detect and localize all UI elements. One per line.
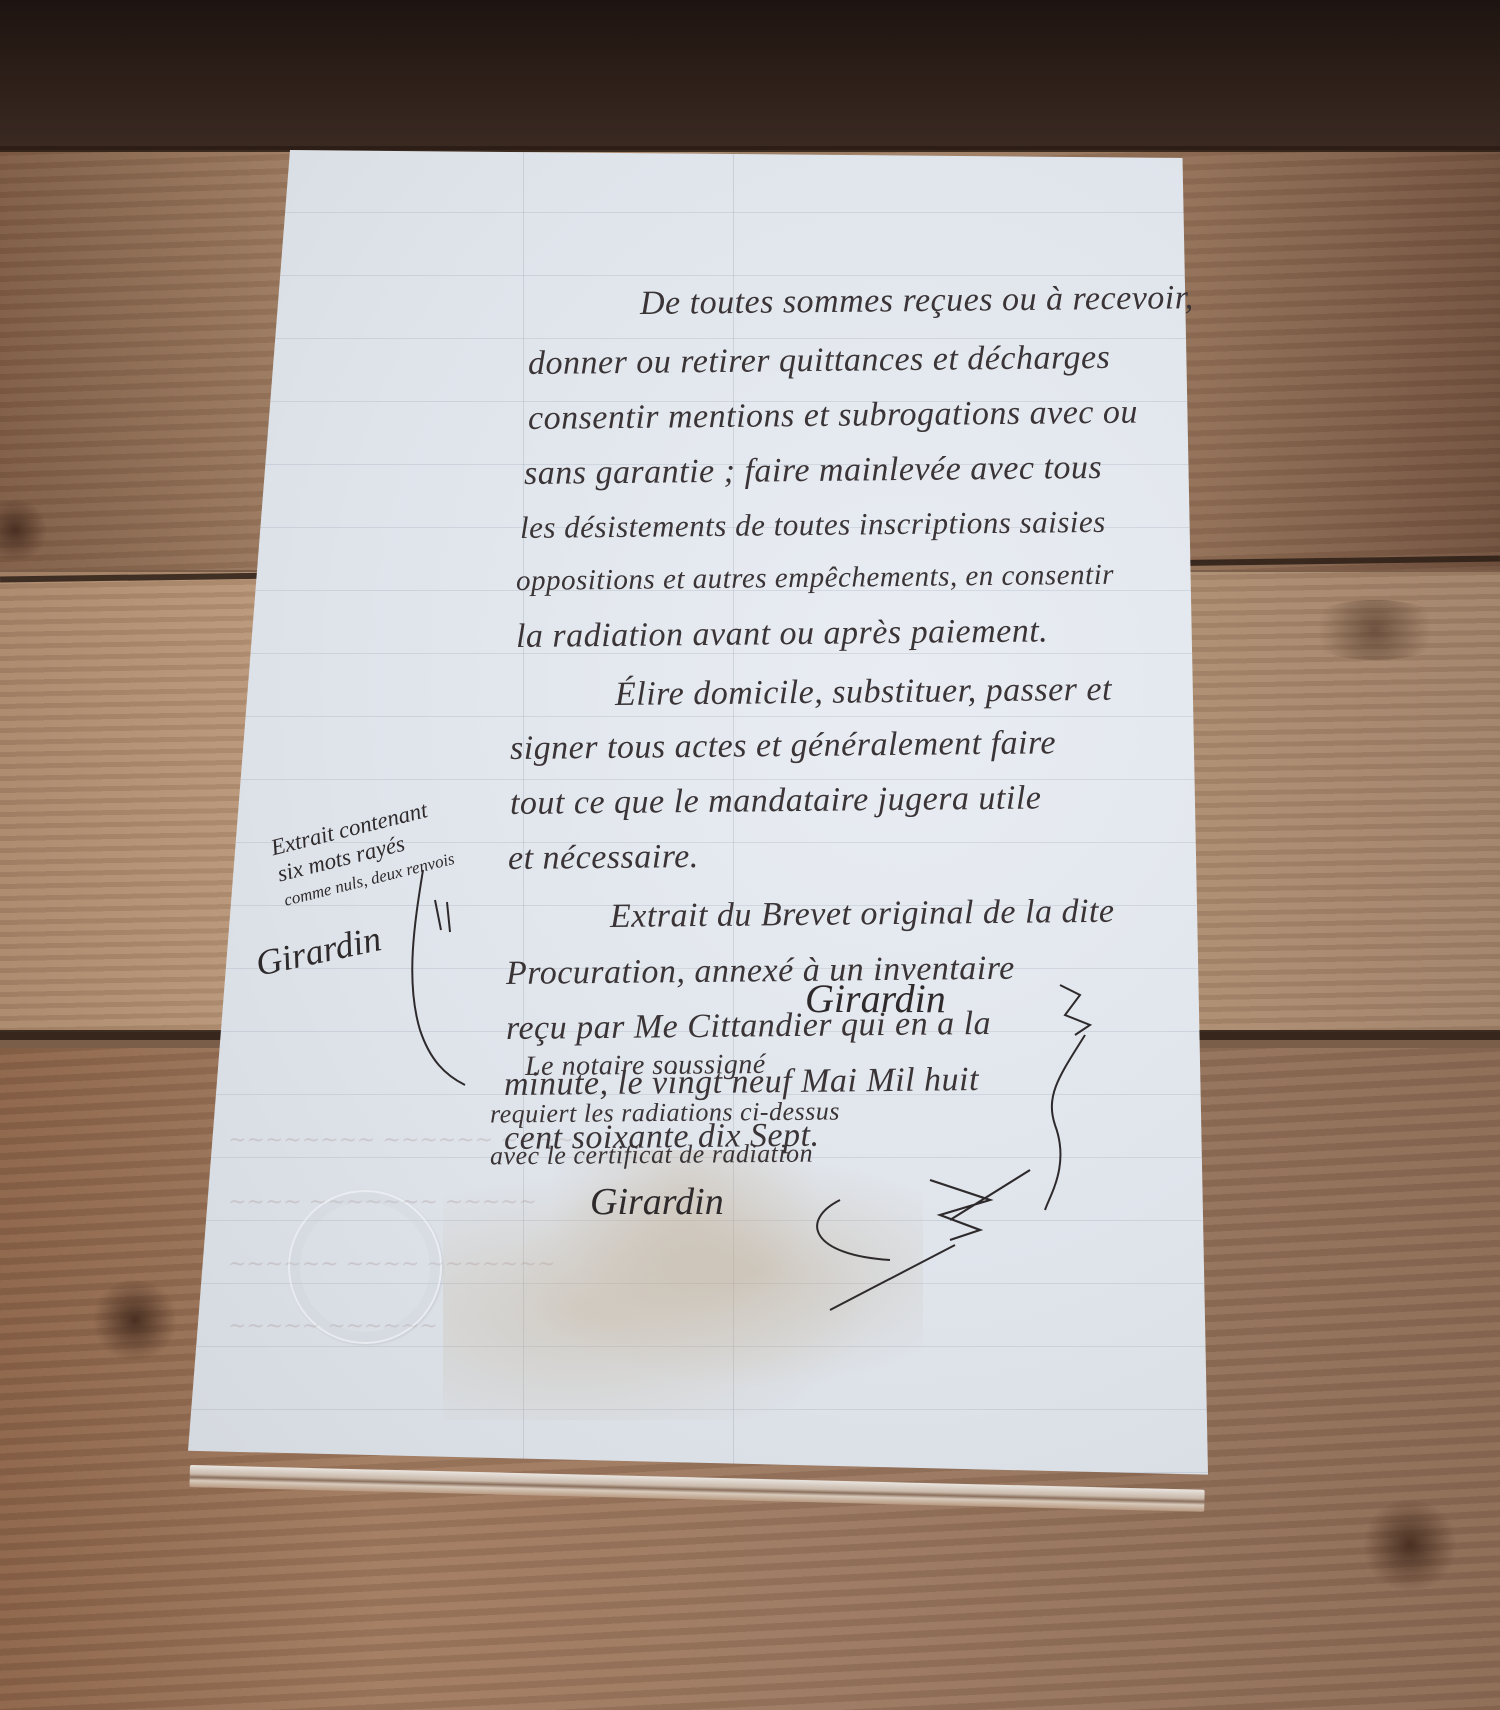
body-line: oppositions et autres empêchements, en c… (516, 559, 1114, 598)
notary-note-line: avec le certificat de radiation (490, 1139, 813, 1172)
notary-note-line: Le notaire soussigné (525, 1049, 766, 1083)
signature-paraph-icon (780, 1160, 1040, 1320)
wood-knot (90, 1280, 180, 1360)
body-line: Extrait du Brevet original de la dite (610, 893, 1115, 936)
notary-note-line: requiert les radiations ci-dessus (490, 1096, 840, 1129)
body-line: De toutes sommes reçues ou à recevoir, (640, 279, 1194, 323)
signature-paraph-icon (1040, 975, 1180, 1215)
plank-seam (0, 146, 1500, 152)
body-line: les désistements de toutes inscriptions … (520, 504, 1106, 546)
body-line: sans garantie ; faire mainlevée avec tou… (524, 449, 1103, 493)
wood-plank-dark-top (0, 0, 1500, 150)
embossed-seal (288, 1190, 442, 1344)
signature-girardin-2: Girardin (590, 1180, 724, 1224)
body-line: donner ou retirer quittances et décharge… (528, 339, 1111, 383)
signature-girardin: Girardin (805, 975, 946, 1022)
wood-knot (1360, 1500, 1460, 1590)
body-line: la radiation avant ou après paiement. (516, 612, 1049, 656)
body-line: et nécessaire. (508, 838, 699, 878)
body-line: tout ce que le mandataire jugera utile (510, 779, 1042, 823)
wood-knot (1300, 600, 1450, 660)
body-line: Élire domicile, substituer, passer et (615, 671, 1112, 714)
body-line: consentir mentions et subrogations avec … (528, 394, 1138, 438)
body-line: signer tous actes et généralement faire (510, 724, 1056, 768)
signature-flourish-icon (395, 860, 475, 1090)
